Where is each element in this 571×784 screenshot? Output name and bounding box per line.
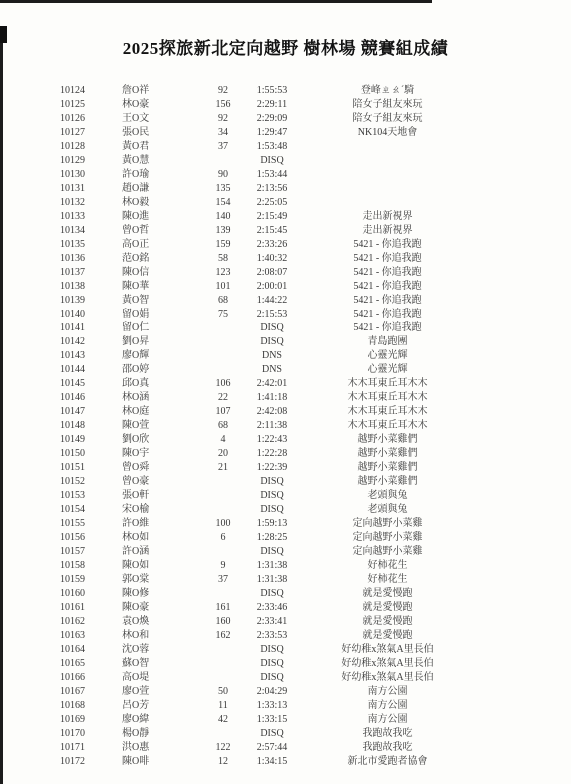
cell-time: 1:28:25	[237, 531, 307, 545]
cell-time: DISQ	[237, 657, 307, 671]
cell-name: 留O仁	[122, 321, 184, 335]
cell-team: NK104天地會	[300, 126, 475, 140]
table-row: 10161 陳O豪 161 2:33:46 就是愛慢跑	[0, 601, 571, 615]
cell-id: 10156	[60, 531, 102, 545]
cell-name: 許O維	[122, 517, 184, 531]
cell-team: 5421 - 你追我跑	[300, 280, 475, 294]
cell-name: 林O毅	[122, 196, 184, 210]
cell-team: 老頭與兔	[300, 503, 475, 517]
cell-name: 曾O哲	[122, 224, 184, 238]
cell-time: 2:57:44	[237, 741, 307, 755]
table-row: 10146 林O涵 22 1:41:18 木木耳東丘耳木木	[0, 391, 571, 405]
cell-id: 10144	[60, 363, 102, 377]
cell-time: DISQ	[237, 489, 307, 503]
cell-name: 詹O祥	[122, 84, 184, 98]
cell-time: DISQ	[237, 475, 307, 489]
cell-id: 10143	[60, 349, 102, 363]
cell-id: 10154	[60, 503, 102, 517]
cell-team: 心靈光輝	[300, 349, 475, 363]
cell-name: 王O文	[122, 112, 184, 126]
cell-name: 趙O謙	[122, 182, 184, 196]
cell-time: 2:00:01	[237, 280, 307, 294]
cell-name: 陳O修	[122, 587, 184, 601]
cell-name: 陳O宇	[122, 447, 184, 461]
cell-time: 1:53:48	[237, 140, 307, 154]
table-row: 10144 邵O婷 DNS 心靈光輝	[0, 363, 571, 377]
table-row: 10156 林O如 6 1:28:25 定向越野小菜雞	[0, 531, 571, 545]
table-row: 10132 林O毅 154 2:25:05	[0, 196, 571, 210]
cell-time: DISQ	[237, 321, 307, 335]
cell-time: 1:31:38	[237, 573, 307, 587]
table-row: 10169 廖O緯 42 1:33:15 南方公園	[0, 713, 571, 727]
cell-time: 1:44:22	[237, 294, 307, 308]
cell-id: 10172	[60, 755, 102, 769]
cell-id: 10161	[60, 601, 102, 615]
cell-team: 木木耳東丘耳木木	[300, 419, 475, 433]
cell-id: 10165	[60, 657, 102, 671]
cell-team: 心靈光輝	[300, 363, 475, 377]
cell-id: 10131	[60, 182, 102, 196]
cell-team: 好柿花生	[300, 573, 475, 587]
table-row: 10158 陳O如 9 1:31:38 好柿花生	[0, 559, 571, 573]
cell-name: 林O和	[122, 629, 184, 643]
cell-name: 沈O蓉	[122, 643, 184, 657]
cell-id: 10152	[60, 475, 102, 489]
cell-team: 就是愛慢跑	[300, 587, 475, 601]
cell-id: 10151	[60, 461, 102, 475]
cell-team: 南方公園	[300, 699, 475, 713]
cell-team: 新北市愛跑者協會	[300, 755, 475, 769]
table-row: 10162 袁O煥 160 2:33:41 就是愛慢跑	[0, 615, 571, 629]
table-row: 10160 陳O修 DISQ 就是愛慢跑	[0, 587, 571, 601]
table-row: 10154 宋O榆 DISQ 老頭與兔	[0, 503, 571, 517]
cell-id: 10125	[60, 98, 102, 112]
cell-id: 10157	[60, 545, 102, 559]
table-row: 10159 郭O棠 37 1:31:38 好柿花生	[0, 573, 571, 587]
cell-name: 黃O智	[122, 294, 184, 308]
cell-name: 黃O慧	[122, 154, 184, 168]
cell-id: 10162	[60, 615, 102, 629]
cell-id: 10124	[60, 84, 102, 98]
cell-id: 10166	[60, 671, 102, 685]
cell-time: 2:29:11	[237, 98, 307, 112]
table-row: 10126 王O文 92 2:29:09 陪女子組友來玩	[0, 112, 571, 126]
cell-name: 林O涵	[122, 391, 184, 405]
table-row: 10171 洪O惠 122 2:57:44 我跑故我吃	[0, 741, 571, 755]
cell-time: 1:33:13	[237, 699, 307, 713]
cell-name: 陳O信	[122, 266, 184, 280]
table-row: 10143 廖O輝 DNS 心靈光輝	[0, 349, 571, 363]
table-row: 10168 呂O芳 11 1:33:13 南方公園	[0, 699, 571, 713]
page-title: 2025探旅新北定向越野 樹林場 競賽組成績	[0, 34, 571, 59]
cell-id: 10142	[60, 335, 102, 349]
cell-time: 1:22:39	[237, 461, 307, 475]
table-row: 10131 趙O謙 135 2:13:56	[0, 182, 571, 196]
table-row: 10140 留O娟 75 2:15:53 5421 - 你追我跑	[0, 308, 571, 322]
table-row: 10163 林O和 162 2:33:53 就是愛慢跑	[0, 629, 571, 643]
cell-name: 黃O君	[122, 140, 184, 154]
cell-name: 高O正	[122, 238, 184, 252]
cell-id: 10138	[60, 280, 102, 294]
cell-team: 越野小菜雞們	[300, 447, 475, 461]
cell-id: 10168	[60, 699, 102, 713]
table-row: 10127 張O民 34 1:29:47 NK104天地會	[0, 126, 571, 140]
cell-team: 青島跑團	[300, 335, 475, 349]
cell-time: 2:42:01	[237, 377, 307, 391]
cell-time: 2:11:38	[237, 419, 307, 433]
table-row: 10166 高O堤 DISQ 好幼稚x煞氣A里長伯	[0, 671, 571, 685]
cell-name: 廖O緯	[122, 713, 184, 727]
table-row: 10164 沈O蓉 DISQ 好幼稚x煞氣A里長伯	[0, 643, 571, 657]
cell-time: 2:25:05	[237, 196, 307, 210]
table-row: 10142 劉O昇 DISQ 青島跑團	[0, 335, 571, 349]
cell-name: 劉O欣	[122, 433, 184, 447]
cell-time: 2:08:07	[237, 266, 307, 280]
cell-time: 1:55:53	[237, 84, 307, 98]
cell-name: 邱O真	[122, 377, 184, 391]
cell-id: 10145	[60, 377, 102, 391]
cell-id: 10160	[60, 587, 102, 601]
table-row: 10151 曾O舜 21 1:22:39 越野小菜雞們	[0, 461, 571, 475]
table-row: 10130 許O瑜 90 1:53:44	[0, 168, 571, 182]
table-row: 10147 林O庭 107 2:42:08 木木耳東丘耳木木	[0, 405, 571, 419]
cell-id: 10137	[60, 266, 102, 280]
cell-time: DISQ	[237, 587, 307, 601]
cell-id: 10141	[60, 321, 102, 335]
cell-name: 廖O萱	[122, 685, 184, 699]
cell-team: 定向越野小菜雞	[300, 545, 475, 559]
cell-time: 1:59:13	[237, 517, 307, 531]
cell-time: 2:04:29	[237, 685, 307, 699]
cell-time: DISQ	[237, 727, 307, 741]
cell-time: 1:33:15	[237, 713, 307, 727]
cell-time: 2:33:53	[237, 629, 307, 643]
cell-name: 陳O豪	[122, 601, 184, 615]
cell-name: 蘇O智	[122, 657, 184, 671]
cell-id: 10127	[60, 126, 102, 140]
cell-id: 10155	[60, 517, 102, 531]
table-row: 10141 留O仁 DISQ 5421 - 你追我跑	[0, 321, 571, 335]
cell-name: 陳O啡	[122, 755, 184, 769]
cell-team: 好幼稚x煞氣A里長伯	[300, 671, 475, 685]
cell-team: 好幼稚x煞氣A里長伯	[300, 643, 475, 657]
cell-name: 洪O惠	[122, 741, 184, 755]
table-row: 10135 高O正 159 2:33:26 5421 - 你追我跑	[0, 238, 571, 252]
cell-time: 1:34:15	[237, 755, 307, 769]
table-row: 10157 許O涵 DISQ 定向越野小菜雞	[0, 545, 571, 559]
cell-name: 郭O棠	[122, 573, 184, 587]
cell-name: 袁O煥	[122, 615, 184, 629]
cell-name: 張O軒	[122, 489, 184, 503]
cell-name: 陳O進	[122, 210, 184, 224]
table-row: 10128 黃O君 37 1:53:48	[0, 140, 571, 154]
cell-name: 陳O華	[122, 280, 184, 294]
cell-time: 2:15:49	[237, 210, 307, 224]
cell-id: 10146	[60, 391, 102, 405]
cell-name: 林O庭	[122, 405, 184, 419]
cell-team: 越野小菜雞們	[300, 461, 475, 475]
cell-id: 10149	[60, 433, 102, 447]
cell-team: 定向越野小菜雞	[300, 531, 475, 545]
cell-id: 10126	[60, 112, 102, 126]
cell-id: 10135	[60, 238, 102, 252]
cell-team: 登峰ㄓㄠˊ騎	[300, 84, 475, 98]
cell-time: 1:53:44	[237, 168, 307, 182]
table-row: 10139 黃O智 68 1:44:22 5421 - 你追我跑	[0, 294, 571, 308]
cell-time: DISQ	[237, 503, 307, 517]
cell-id: 10164	[60, 643, 102, 657]
cell-id: 10134	[60, 224, 102, 238]
cell-id: 10158	[60, 559, 102, 573]
cell-team: 我跑故我吃	[300, 741, 475, 755]
cell-team: 南方公園	[300, 713, 475, 727]
cell-name: 陳O如	[122, 559, 184, 573]
table-row: 10165 蘇O智 DISQ 好幼稚x煞氣A里長伯	[0, 657, 571, 671]
table-row: 10137 陳O信 123 2:08:07 5421 - 你追我跑	[0, 266, 571, 280]
cell-time: DNS	[237, 349, 307, 363]
table-row: 10150 陳O宇 20 1:22:28 越野小菜雞們	[0, 447, 571, 461]
cell-time: DISQ	[237, 671, 307, 685]
cell-time: 1:29:47	[237, 126, 307, 140]
cell-team: 越野小菜雞們	[300, 475, 475, 489]
cell-time: 1:40:32	[237, 252, 307, 266]
cell-name: 楊O靜	[122, 727, 184, 741]
cell-name: 廖O輝	[122, 349, 184, 363]
cell-id: 10167	[60, 685, 102, 699]
cell-id: 10130	[60, 168, 102, 182]
cell-id: 10129	[60, 154, 102, 168]
table-row: 10153 張O軒 DISQ 老頭與兔	[0, 489, 571, 503]
cell-team: 5421 - 你追我跑	[300, 294, 475, 308]
cell-name: 劉O昇	[122, 335, 184, 349]
cell-name: 張O民	[122, 126, 184, 140]
table-row: 10125 林O豪 156 2:29:11 陪女子組友來玩	[0, 98, 571, 112]
cell-id: 10159	[60, 573, 102, 587]
cell-name: 林O豪	[122, 98, 184, 112]
results-page: 2025探旅新北定向越野 樹林場 競賽組成績 10124 詹O祥 92 1:55…	[0, 0, 571, 784]
cell-team: 木木耳東丘耳木木	[300, 391, 475, 405]
cell-team: 就是愛慢跑	[300, 601, 475, 615]
cell-team: 走出新視界	[300, 224, 475, 238]
scan-edge-top	[0, 0, 432, 3]
cell-time: DISQ	[237, 154, 307, 168]
table-row: 10152 曾O豪 DISQ 越野小菜雞們	[0, 475, 571, 489]
cell-team: 老頭與兔	[300, 489, 475, 503]
cell-time: 2:13:56	[237, 182, 307, 196]
cell-id: 10150	[60, 447, 102, 461]
cell-time: DISQ	[237, 545, 307, 559]
cell-team: 5421 - 你追我跑	[300, 266, 475, 280]
cell-team: 5421 - 你追我跑	[300, 308, 475, 322]
cell-team: 好柿花生	[300, 559, 475, 573]
cell-id: 10148	[60, 419, 102, 433]
table-row: 10138 陳O華 101 2:00:01 5421 - 你追我跑	[0, 280, 571, 294]
cell-team: 就是愛慢跑	[300, 615, 475, 629]
cell-team: 5421 - 你追我跑	[300, 238, 475, 252]
cell-id: 10171	[60, 741, 102, 755]
cell-team: 陪女子組友來玩	[300, 112, 475, 126]
cell-id: 10170	[60, 727, 102, 741]
cell-time: DNS	[237, 363, 307, 377]
cell-id: 10136	[60, 252, 102, 266]
cell-name: 留O娟	[122, 308, 184, 322]
table-row: 10155 許O維 100 1:59:13 定向越野小菜雞	[0, 517, 571, 531]
cell-team: 陪女子組友來玩	[300, 98, 475, 112]
cell-name: 林O如	[122, 531, 184, 545]
table-row: 10136 范O銘 58 1:40:32 5421 - 你追我跑	[0, 252, 571, 266]
table-row: 10129 黃O慧 DISQ	[0, 154, 571, 168]
cell-time: 2:33:41	[237, 615, 307, 629]
cell-name: 許O瑜	[122, 168, 184, 182]
cell-id: 10169	[60, 713, 102, 727]
cell-time: 2:42:08	[237, 405, 307, 419]
cell-time: 2:33:26	[237, 238, 307, 252]
results-table: 10124 詹O祥 92 1:55:53 登峰ㄓㄠˊ騎 10125 林O豪 15…	[0, 84, 571, 768]
cell-id: 10153	[60, 489, 102, 503]
cell-team: 5421 - 你追我跑	[300, 252, 475, 266]
cell-id: 10128	[60, 140, 102, 154]
cell-team: 好幼稚x煞氣A里長伯	[300, 657, 475, 671]
cell-team: 越野小菜雞們	[300, 433, 475, 447]
cell-time: 2:29:09	[237, 112, 307, 126]
cell-team: 就是愛慢跑	[300, 629, 475, 643]
table-row: 10124 詹O祥 92 1:55:53 登峰ㄓㄠˊ騎	[0, 84, 571, 98]
cell-team: 5421 - 你追我跑	[300, 321, 475, 335]
cell-name: 宋O榆	[122, 503, 184, 517]
cell-time: 2:15:53	[237, 308, 307, 322]
cell-name: 陳O萱	[122, 419, 184, 433]
cell-team: 走出新視界	[300, 210, 475, 224]
cell-time: 2:33:46	[237, 601, 307, 615]
table-row: 10172 陳O啡 12 1:34:15 新北市愛跑者協會	[0, 755, 571, 769]
cell-time: 1:31:38	[237, 559, 307, 573]
cell-name: 高O堤	[122, 671, 184, 685]
cell-team: 木木耳東丘耳木木	[300, 405, 475, 419]
cell-name: 許O涵	[122, 545, 184, 559]
cell-name: 邵O婷	[122, 363, 184, 377]
table-row: 10170 楊O靜 DISQ 我跑故我吃	[0, 727, 571, 741]
cell-team: 定向越野小菜雞	[300, 517, 475, 531]
cell-name: 范O銘	[122, 252, 184, 266]
table-row: 10148 陳O萱 68 2:11:38 木木耳東丘耳木木	[0, 419, 571, 433]
cell-id: 10139	[60, 294, 102, 308]
cell-time: DISQ	[237, 643, 307, 657]
cell-team: 南方公園	[300, 685, 475, 699]
cell-name: 曾O舜	[122, 461, 184, 475]
table-row: 10145 邱O真 106 2:42:01 木木耳東丘耳木木	[0, 377, 571, 391]
cell-time: 1:41:18	[237, 391, 307, 405]
cell-time: DISQ	[237, 335, 307, 349]
cell-time: 2:15:45	[237, 224, 307, 238]
cell-id: 10133	[60, 210, 102, 224]
cell-id: 10132	[60, 196, 102, 210]
cell-team: 我跑故我吃	[300, 727, 475, 741]
table-row: 10133 陳O進 140 2:15:49 走出新視界	[0, 210, 571, 224]
cell-team: 木木耳東丘耳木木	[300, 377, 475, 391]
cell-name: 呂O芳	[122, 699, 184, 713]
cell-id: 10163	[60, 629, 102, 643]
table-row: 10149 劉O欣 4 1:22:43 越野小菜雞們	[0, 433, 571, 447]
cell-id: 10140	[60, 308, 102, 322]
cell-time: 1:22:28	[237, 447, 307, 461]
cell-name: 曾O豪	[122, 475, 184, 489]
table-row: 10134 曾O哲 139 2:15:45 走出新視界	[0, 224, 571, 238]
cell-id: 10147	[60, 405, 102, 419]
cell-time: 1:22:43	[237, 433, 307, 447]
table-row: 10167 廖O萱 50 2:04:29 南方公園	[0, 685, 571, 699]
